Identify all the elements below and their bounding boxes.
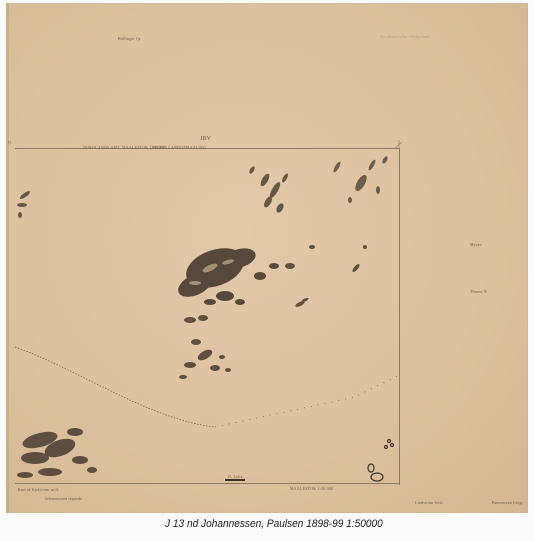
catalog-label: J 13 nd Johannessen, Paulsen 1898-99 1:5…: [165, 518, 383, 530]
island-group-center: [174, 241, 279, 305]
island-group-northeast: [332, 156, 388, 203]
island-group-southwest: [17, 428, 97, 478]
islets: [285, 245, 367, 308]
island-group-west: [17, 190, 31, 218]
route-line-dotted: [215, 375, 399, 427]
route-line: [15, 347, 215, 427]
island-group-north: [248, 166, 289, 214]
island-group-south: [179, 315, 231, 379]
map-drawing: [0, 0, 534, 541]
shore-mark: [225, 479, 245, 481]
island-group-southeast: [368, 440, 394, 482]
